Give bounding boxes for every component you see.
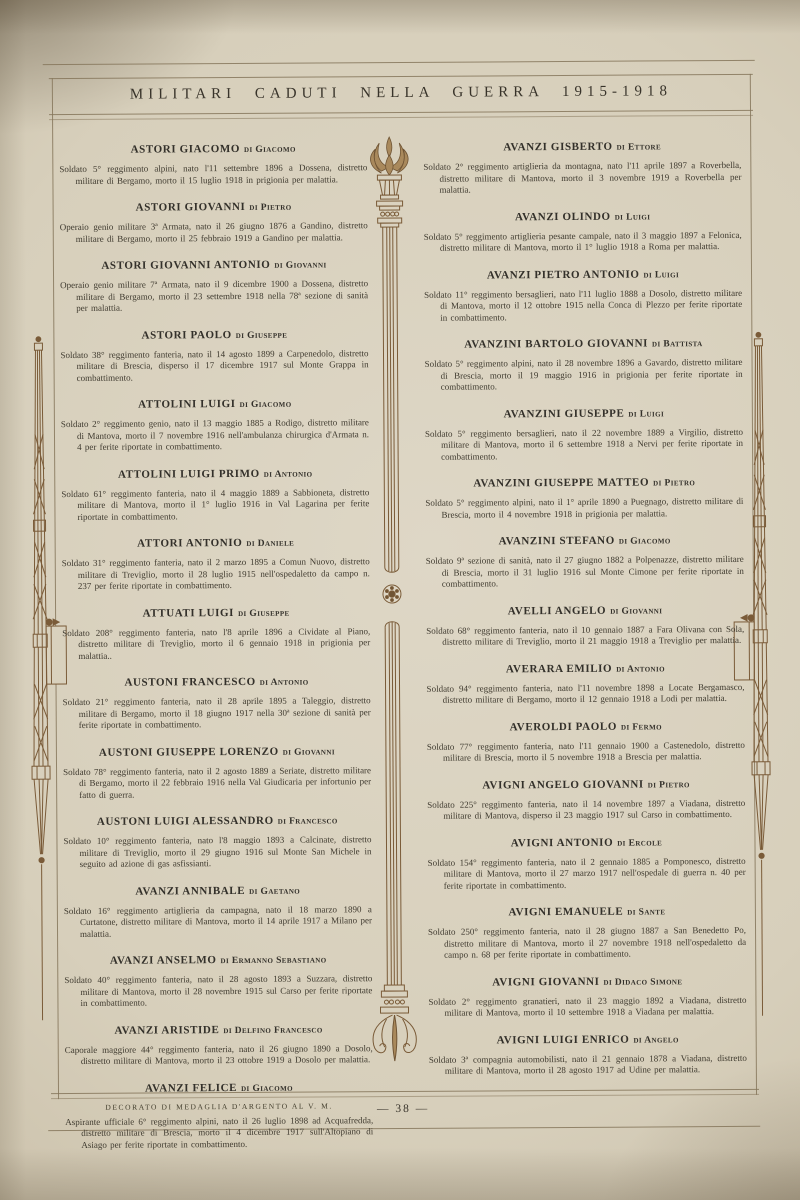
soldier-record: Soldato 16° reggimento artiglieria da ca… [64, 904, 372, 940]
soldier-name: AVEROLDI PAOLO [510, 720, 617, 733]
soldier-entry-heading: AVIGNI LUIGI ENRICOdi Angelo [429, 1030, 747, 1048]
soldier-patronymic: di Ettore [617, 142, 662, 152]
soldier-entry-heading: AVANZINI BARTOLO GIOVANNIdi Battista [424, 335, 742, 353]
soldier-name: AVANZI PIETRO ANTONIO [487, 268, 640, 281]
soldier-entry-heading: AVELLI ANGELOdi Giovanni [426, 601, 744, 619]
soldier-entry-heading: AVERARA EMILIOdi Antonio [426, 659, 744, 677]
soldier-entry: ATTUATI LUIGIdi GiuseppeSoldato 208° reg… [62, 604, 370, 662]
soldier-record: Aspirante ufficiale 6° reggimento alpini… [65, 1115, 373, 1151]
soldier-entry: ASTORI GIOVANNIdi PietroOperaio genio mi… [60, 198, 368, 245]
soldier-entry: AUSTONI GIUSEPPE LORENZOdi GiovanniSolda… [63, 743, 371, 801]
soldier-patronymic: di Francesco [278, 816, 338, 826]
soldier-patronymic: di Luigi [615, 212, 651, 222]
soldier-patronymic: di Didaco Simone [603, 977, 682, 987]
soldier-entry-heading: AVANZI ANSELMOdi Ermanno Sebastiano [64, 951, 372, 969]
soldier-record: Soldato 61° reggimento fanteria, nato il… [61, 487, 369, 523]
soldier-patronymic: di Ermanno Sebastiano [221, 955, 327, 966]
soldier-record: Soldato 5° reggimento artiglieria pesant… [424, 229, 742, 254]
soldier-patronymic: di Giuseppe [236, 330, 288, 340]
soldier-entry: ASTORI GIACOMOdi GiacomoSoldato 5° reggi… [59, 140, 367, 187]
soldier-patronymic: di Delfino Francesco [223, 1025, 322, 1036]
soldier-patronymic: di Giovanni [610, 606, 662, 616]
soldier-name: AVIGNI LUIGI ENRICO [497, 1033, 630, 1046]
soldier-patronymic: di Pietro [648, 780, 690, 790]
soldier-entry: ATTORI ANTONIOdi DanieleSoldato 31° regg… [62, 534, 370, 592]
soldier-name: AUSTONI LUIGI ALESSANDRO [97, 815, 274, 828]
page-sheet: MILITARI CADUTI NELLA GUERRA 1915-1918 —… [0, 0, 800, 1200]
soldier-entry: AVANZI ANNIBALEdi GaetanoSoldato 16° reg… [64, 882, 372, 940]
soldier-record: Soldato 225° reggimento fanteria, nato i… [427, 797, 745, 822]
soldier-patronymic: di Angelo [633, 1035, 678, 1045]
soldier-entry: AVEROLDI PAOLOdi FermoSoldato 77° reggim… [427, 717, 745, 764]
soldier-entry-heading: ATTOLINI LUIGIdi Giacomo [61, 395, 369, 413]
soldier-entry-heading: AVANZI PIETRO ANTONIOdi Luigi [424, 265, 742, 283]
title-box-top-rule [49, 74, 753, 79]
soldier-entry: AVIGNI ANGELO GIOVANNIdi PietroSoldato 2… [427, 775, 745, 822]
soldier-entry-heading: AVANZI GISBERTOdi Ettore [423, 138, 741, 156]
soldier-name: ASTORI GIOVANNI [136, 201, 246, 214]
soldier-name: ASTORI PAOLO [141, 329, 231, 342]
soldier-patronymic: di Ercole [617, 838, 662, 848]
right-frame-rule [750, 74, 757, 1095]
soldier-patronymic: di Fermo [621, 722, 662, 732]
soldier-entry: ATTOLINI LUIGIdi GiacomoSoldato 2° reggi… [61, 395, 369, 453]
soldier-record: Soldato 208° reggimento fanteria, nato l… [62, 626, 370, 662]
soldier-entry-heading: AVANZI OLINDOdi Luigi [424, 207, 742, 225]
soldier-entry-heading: AUSTONI FRANCESCOdi Antonio [62, 673, 370, 691]
soldier-entry: AVANZINI GIUSEPPE MATTEOdi PietroSoldato… [425, 474, 743, 521]
soldier-record: Soldato 5° reggimento bersaglieri, nato … [425, 426, 743, 462]
soldier-record: Soldato 5° reggimento alpini, nato il 1°… [425, 496, 743, 521]
soldier-name: AUSTONI GIUSEPPE LORENZO [99, 745, 279, 758]
soldier-entry-heading: ASTORI GIOVANNIdi Pietro [60, 198, 368, 216]
outer-top-rule [43, 60, 755, 65]
soldier-patronymic: di Pietro [249, 203, 291, 213]
soldier-patronymic: di Antonio [264, 469, 313, 479]
soldier-record: Operaio genio militare 3ª Armata, nato i… [60, 220, 368, 245]
soldier-record: Soldato 11° reggimento bersaglieri, nato… [424, 287, 742, 323]
soldier-record: Soldato 77° reggimento fanteria, nato l'… [427, 739, 745, 764]
soldier-entry-heading: AVANZI ARISTIDEdi Delfino Francesco [65, 1021, 373, 1039]
soldier-entry: ATTOLINI LUIGI PRIMOdi AntonioSoldato 61… [61, 465, 369, 523]
soldier-record: Soldato 2° reggimento granatieri, nato i… [428, 994, 746, 1019]
soldier-record: Soldato 9ª sezione di sanità, nato il 27… [426, 554, 744, 590]
soldier-entry: AVANZI OLINDOdi LuigiSoldato 5° reggimen… [424, 207, 742, 254]
soldier-entry: AUSTONI LUIGI ALESSANDROdi FrancescoSold… [63, 812, 371, 870]
soldier-honor-line: DECORATO DI MEDAGLIA D'ARGENTO AL V. M. [65, 1101, 373, 1112]
soldier-entry: AVANZI GISBERTOdi EttoreSoldato 2° reggi… [423, 138, 741, 196]
soldier-record: Caporale maggiore 44° reggimento fanteri… [65, 1043, 373, 1068]
soldier-name: AVANZINI GIUSEPPE [504, 407, 625, 420]
soldier-entry: AVIGNI LUIGI ENRICOdi AngeloSoldato 3ª c… [429, 1030, 747, 1077]
soldier-record: Soldato 154° reggimento fanteria, nato i… [428, 855, 746, 891]
soldier-name: AVIGNI ANTONIO [511, 836, 614, 849]
soldier-record: Soldato 31° reggimento fanteria, nato il… [62, 556, 370, 592]
soldier-record: Soldato 2° reggimento artiglieria da mon… [423, 160, 741, 196]
soldier-entry: AVIGNI ANTONIOdi ErcoleSoldato 154° regg… [427, 833, 745, 891]
soldier-record: Soldato 21° reggimento fanteria, nato il… [63, 695, 371, 731]
soldier-record: Soldato 78° reggimento fanteria, nato il… [63, 765, 371, 801]
soldier-name: ATTUATI LUIGI [143, 607, 235, 620]
soldier-name: AVANZINI STEFANO [499, 535, 615, 548]
soldier-entry-heading: AUSTONI LUIGI ALESSANDROdi Francesco [63, 812, 371, 830]
soldier-patronymic: di Giacomo [244, 145, 296, 155]
soldier-entry-heading: ATTORI ANTONIOdi Daniele [62, 534, 370, 552]
soldier-patronymic: di Battista [652, 339, 703, 349]
soldier-record: Soldato 10° reggimento fanteria, nato l'… [63, 834, 371, 870]
soldier-entry: ASTORI PAOLOdi GiuseppeSoldato 38° reggi… [60, 326, 368, 384]
soldier-entry: AVANZI ANSELMOdi Ermanno SebastianoSolda… [64, 951, 372, 1009]
soldier-entry-heading: AVIGNI ANTONIOdi Ercole [427, 833, 745, 851]
soldier-name: ASTORI GIACOMO [131, 143, 240, 156]
soldier-patronymic: di Pietro [653, 478, 695, 488]
soldier-name: AVANZI GISBERTO [503, 141, 612, 154]
soldier-patronymic: di Gaetano [249, 886, 300, 896]
title-box-bottom-rule-2 [49, 115, 753, 120]
soldier-entry-heading: ATTOLINI LUIGI PRIMOdi Antonio [61, 465, 369, 483]
soldier-patronymic: di Sante [627, 907, 665, 917]
soldier-entry-heading: ASTORI GIACOMOdi Giacomo [59, 140, 367, 158]
soldier-record: Soldato 5° reggimento alpini, nato il 28… [425, 357, 743, 393]
soldier-name: AVERARA EMILIO [506, 662, 612, 675]
page-title: MILITARI CADUTI NELLA GUERRA 1915-1918 [52, 83, 750, 104]
soldier-name: AVIGNI EMANUELE [508, 906, 623, 919]
soldier-record: Operaio genio militare 7ª Armata, nato i… [60, 278, 368, 314]
left-column: ASTORI GIACOMOdi GiacomoSoldato 5° reggi… [59, 140, 373, 1164]
soldier-entry: AVERARA EMILIOdi AntonioSoldato 94° regg… [426, 659, 744, 706]
soldier-record: Soldato 2° reggimento genio, nato il 13 … [61, 417, 369, 453]
soldier-entry-heading: AVANZI FELICEdi Giacomo [65, 1079, 373, 1097]
soldier-patronymic: di Giacomo [240, 400, 292, 410]
soldier-record: Soldato 40° reggimento fanteria, nato il… [64, 973, 372, 1009]
soldier-entry: ASTORI GIOVANNI ANTONIOdi GiovanniOperai… [60, 256, 368, 314]
soldier-entry-heading: AVIGNI GIOVANNIdi Didaco Simone [428, 972, 746, 990]
soldier-name: AVANZINI GIUSEPPE MATTEO [473, 476, 649, 489]
soldier-patronymic: di Giacomo [619, 536, 671, 546]
soldier-name: AVANZI ARISTIDE [114, 1024, 219, 1037]
soldier-record: Soldato 94° reggimento fanteria, nato l'… [427, 681, 745, 706]
soldier-entry: AVELLI ANGELOdi GiovanniSoldato 68° regg… [426, 601, 744, 648]
soldier-entry: AVANZI PIETRO ANTONIOdi LuigiSoldato 11°… [424, 265, 742, 323]
soldier-entry: AVANZINI GIUSEPPEdi LuigiSoldato 5° regg… [425, 404, 743, 462]
soldier-name: AVANZI ANSELMO [110, 954, 217, 967]
soldier-name: ASTORI GIOVANNI ANTONIO [101, 259, 270, 272]
soldier-name: AVANZI OLINDO [515, 210, 611, 223]
soldier-entry: AVIGNI GIOVANNIdi Didaco SimoneSoldato 2… [428, 972, 746, 1019]
soldier-entry: AVANZI FELICEdi GiacomoDECORATO DI MEDAG… [65, 1079, 373, 1151]
soldier-name: AVIGNI GIOVANNI [492, 975, 599, 988]
soldier-name: AVELLI ANGELO [508, 604, 606, 617]
soldier-entry-heading: AVANZINI GIUSEPPEdi Luigi [425, 404, 743, 422]
soldier-patronymic: di Giuseppe [238, 608, 290, 618]
soldier-entry-heading: ATTUATI LUIGIdi Giuseppe [62, 604, 370, 622]
soldier-entry-heading: ASTORI GIOVANNI ANTONIOdi Giovanni [60, 256, 368, 274]
soldier-patronymic: di Luigi [628, 409, 664, 419]
soldier-entry: AVANZINI BARTOLO GIOVANNIdi BattistaSold… [424, 335, 742, 393]
soldier-patronymic: di Giovanni [274, 260, 326, 270]
soldier-entry-heading: AVANZINI STEFANOdi Giacomo [426, 532, 744, 550]
soldier-record: Soldato 250° reggimento fanteria, nato i… [428, 925, 746, 961]
scanned-page: MILITARI CADUTI NELLA GUERRA 1915-1918 —… [0, 0, 800, 1200]
soldier-name: ATTOLINI LUIGI PRIMO [118, 467, 260, 480]
soldier-name: ATTORI ANTONIO [137, 537, 242, 550]
soldier-name: AVANZI FELICE [145, 1082, 237, 1095]
soldier-patronymic: di Daniele [246, 539, 294, 549]
soldier-entry: AVANZI ARISTIDEdi Delfino FrancescoCapor… [65, 1021, 373, 1068]
soldier-patronymic: di Antonio [260, 678, 309, 688]
soldier-record: Soldato 38° reggimento fanteria, nato il… [60, 348, 368, 384]
soldier-entry-heading: AVEROLDI PAOLOdi Fermo [427, 717, 745, 735]
soldier-name: AUSTONI FRANCESCO [124, 676, 255, 689]
left-frame-rule [52, 78, 59, 1099]
title-box-bottom-rule [49, 110, 753, 115]
soldier-entry: AVIGNI EMANUELEdi SanteSoldato 250° regg… [428, 903, 746, 961]
soldier-entry-heading: AVANZI ANNIBALEdi Gaetano [64, 882, 372, 900]
right-column: AVANZI GISBERTOdi EttoreSoldato 2° reggi… [423, 138, 747, 1090]
soldier-entry: AUSTONI FRANCESCOdi AntonioSoldato 21° r… [62, 673, 370, 731]
soldier-name: AVANZINI BARTOLO GIOVANNI [464, 337, 648, 350]
soldier-record: Soldato 5° reggimento alpini, nato l'11 … [59, 162, 367, 187]
soldier-entry-heading: AUSTONI GIUSEPPE LORENZOdi Giovanni [63, 743, 371, 761]
soldier-entry-heading: AVIGNI EMANUELEdi Sante [428, 903, 746, 921]
soldier-record: Soldato 3ª compagnia automobilisti, nato… [429, 1052, 747, 1077]
soldier-entry: AVANZINI STEFANOdi GiacomoSoldato 9ª sez… [426, 532, 744, 590]
soldier-name: AVANZI ANNIBALE [135, 884, 245, 897]
soldier-record: Soldato 68° reggimento fanteria, nato il… [426, 623, 744, 648]
soldier-entry-heading: AVIGNI ANGELO GIOVANNIdi Pietro [427, 775, 745, 793]
soldier-patronymic: di Antonio [616, 664, 665, 674]
soldier-patronymic: di Luigi [643, 270, 679, 280]
soldier-name: AVIGNI ANGELO GIOVANNI [482, 778, 643, 791]
soldier-name: ATTOLINI LUIGI [138, 398, 236, 411]
soldier-patronymic: di Giovanni [283, 747, 335, 757]
soldier-entry-heading: ASTORI PAOLOdi Giuseppe [60, 326, 368, 344]
soldier-entry-heading: AVANZINI GIUSEPPE MATTEOdi Pietro [425, 474, 743, 492]
soldier-patronymic: di Giacomo [241, 1083, 293, 1093]
